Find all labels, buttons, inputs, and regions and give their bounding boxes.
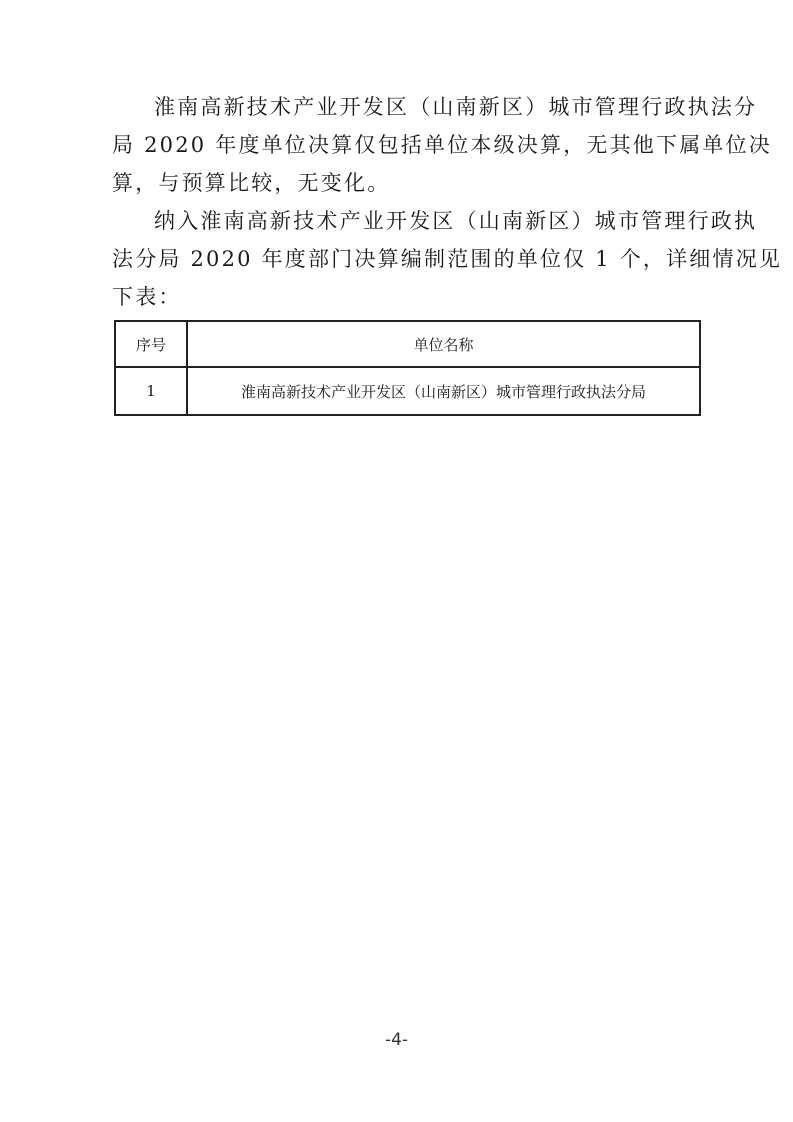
paragraph-line: 纳入淮南高新技术产业开发区（山南新区）城市管理行政执 bbox=[112, 202, 712, 240]
page-number: -4- bbox=[0, 1030, 793, 1050]
header-index: 序号 bbox=[115, 321, 187, 367]
cell-unit-name: 淮南高新技术产业开发区（山南新区）城市管理行政执法分局 bbox=[187, 367, 700, 415]
table-row: 1 淮南高新技术产业开发区（山南新区）城市管理行政执法分局 bbox=[115, 367, 700, 415]
paragraph-line: 算，与预算比较，无变化。 bbox=[112, 164, 712, 202]
units-table: 序号 单位名称 1 淮南高新技术产业开发区（山南新区）城市管理行政执法分局 bbox=[114, 320, 701, 416]
paragraph-line: 法分局 2020 年度部门决算编制范围的单位仅 1 个，详细情况见 bbox=[112, 240, 712, 278]
paragraph-units: 纳入淮南高新技术产业开发区（山南新区）城市管理行政执 法分局 2020 年度部门… bbox=[112, 202, 712, 316]
paragraph-scope: 淮南高新技术产业开发区（山南新区）城市管理行政执法分 局 2020 年度单位决算… bbox=[112, 88, 712, 202]
paragraph-line: 局 2020 年度单位决算仅包括单位本级决算，无其他下属单位决 bbox=[112, 126, 712, 164]
paragraph-line: 淮南高新技术产业开发区（山南新区）城市管理行政执法分 bbox=[112, 88, 712, 126]
paragraph-line: 下表： bbox=[112, 278, 712, 316]
table-header-row: 序号 单位名称 bbox=[115, 321, 700, 367]
header-unit-name: 单位名称 bbox=[187, 321, 700, 367]
cell-index: 1 bbox=[115, 367, 187, 415]
